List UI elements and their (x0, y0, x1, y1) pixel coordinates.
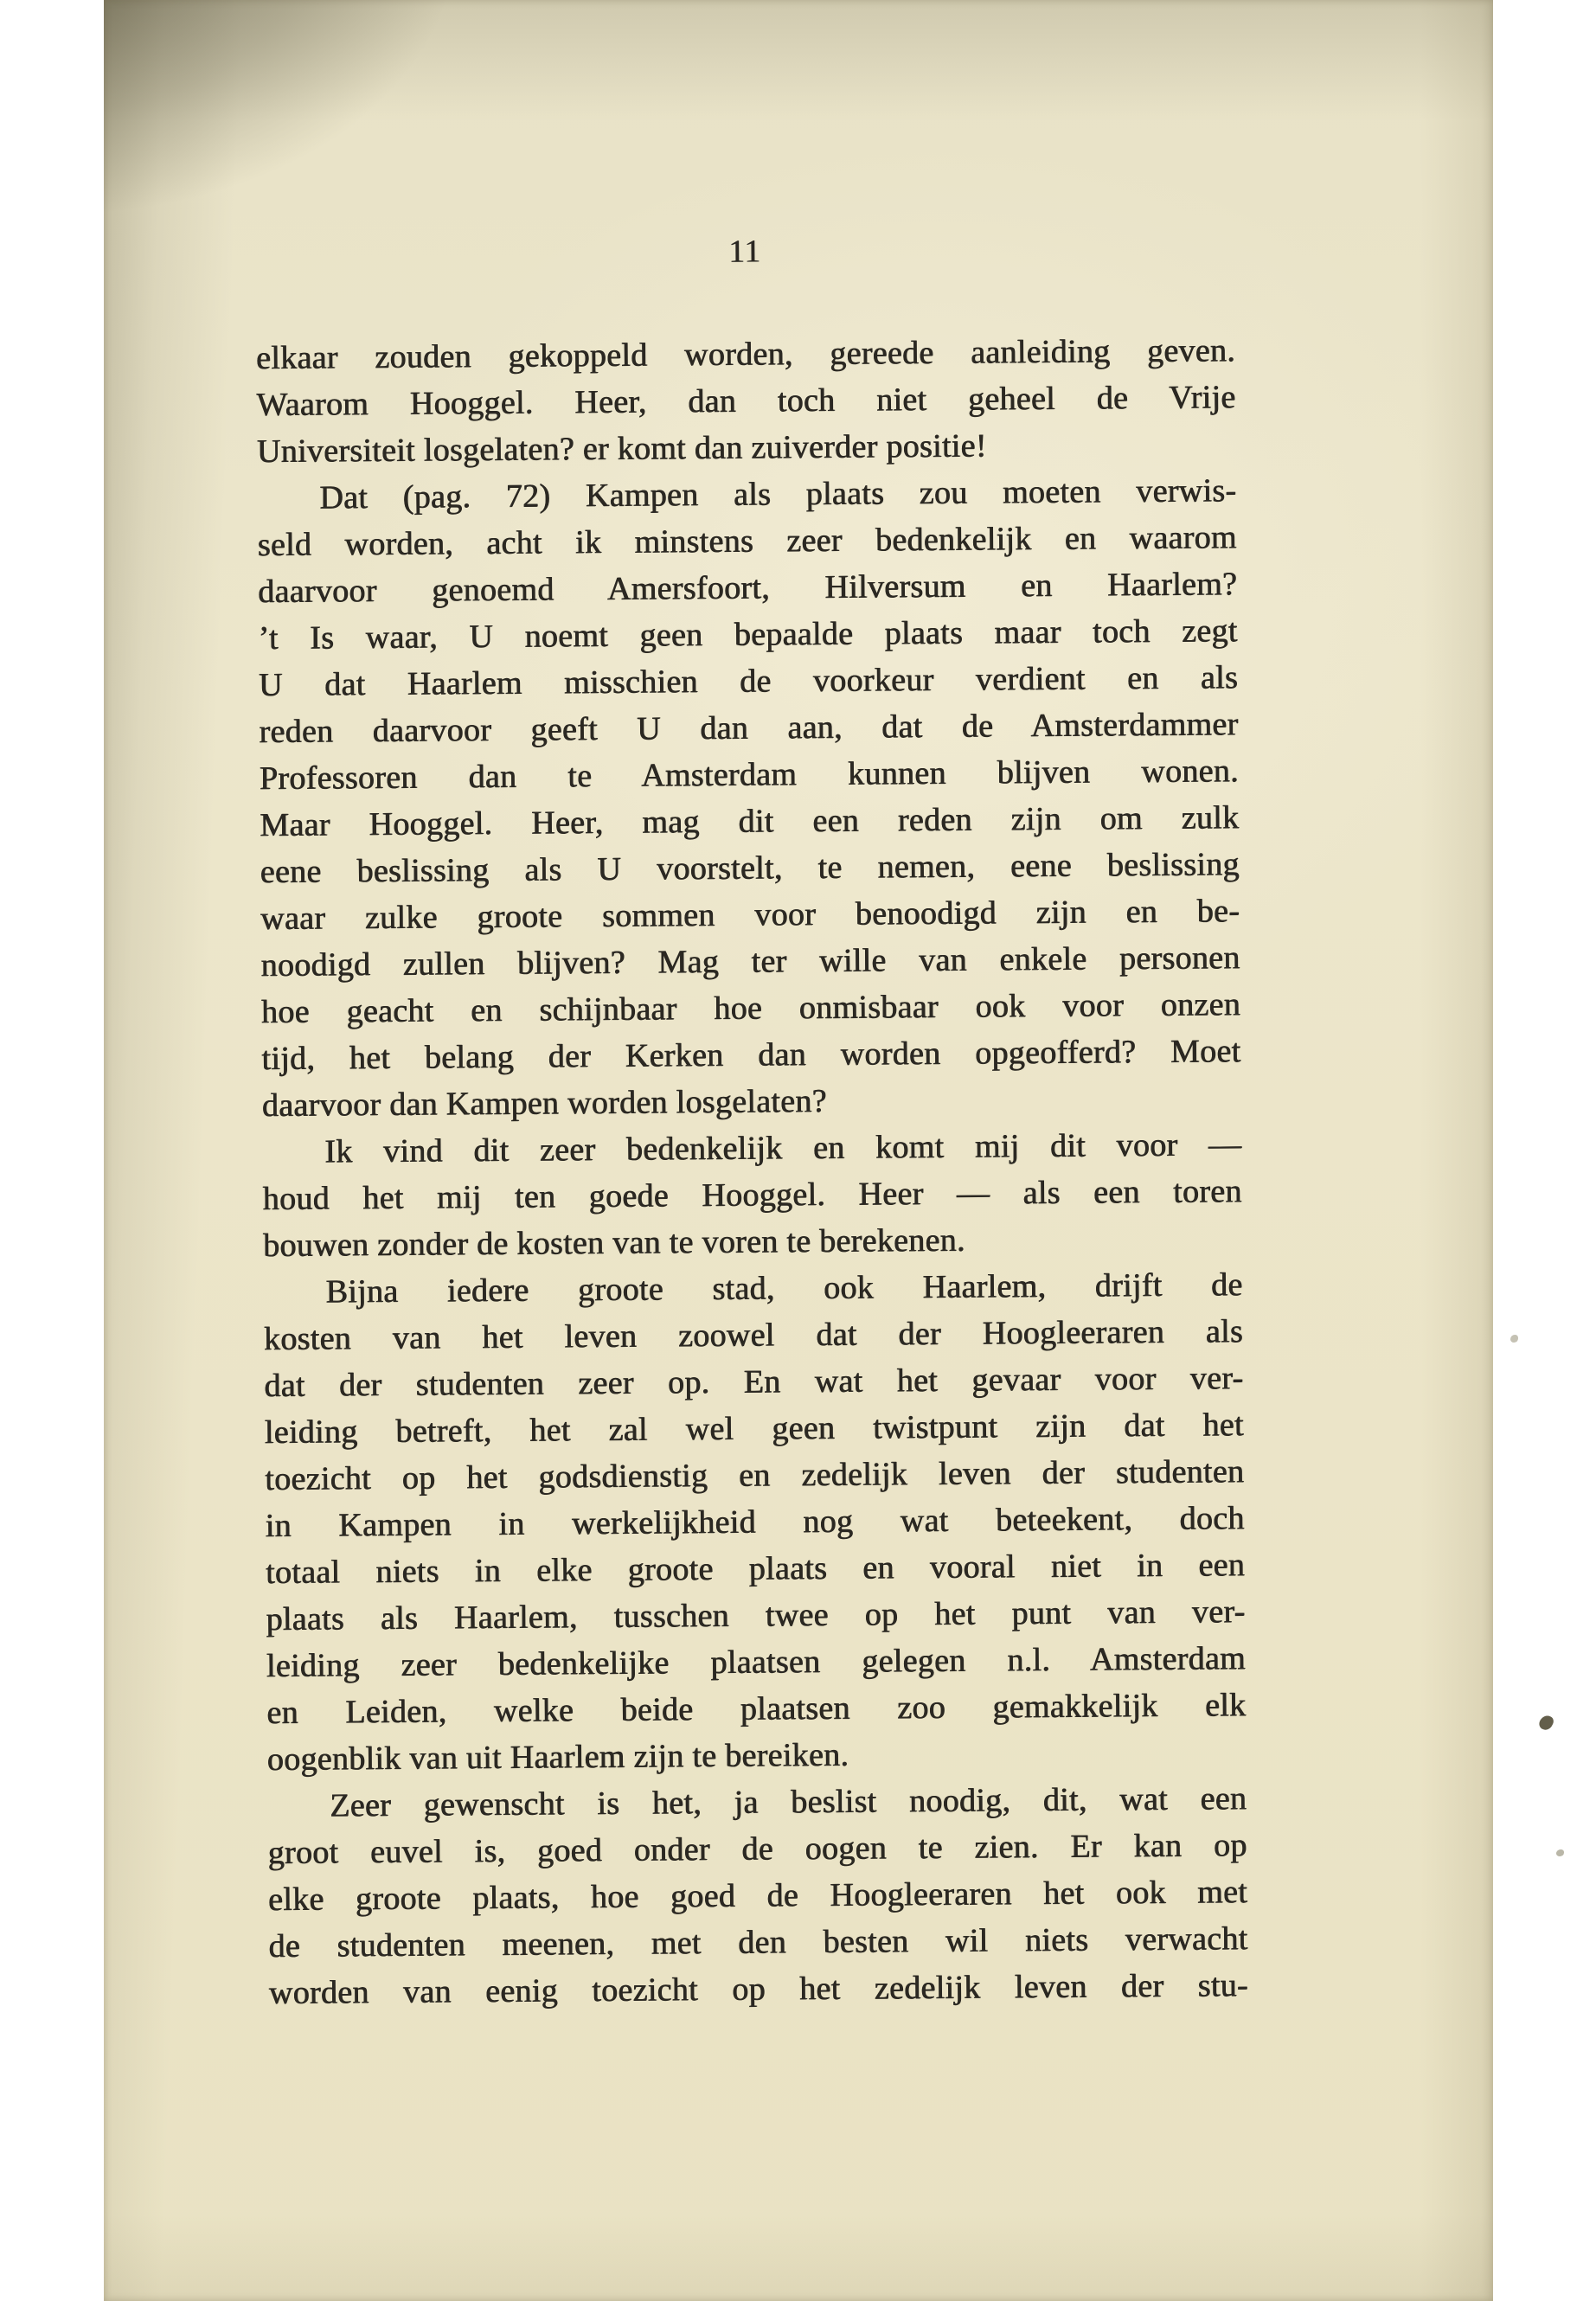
text-line: en Leiden, welke beide plaatsen zoo gema… (266, 1682, 1246, 1736)
text-line: dat der studenten zeer op. En wat het ge… (264, 1355, 1243, 1409)
text-line: noodigd zullen blijven? Mag ter wille va… (260, 934, 1240, 989)
text-line: kosten van het leven zoowel dat der Hoog… (264, 1308, 1243, 1362)
text-line: groot euvel is, goed onder de oogen te z… (267, 1822, 1247, 1876)
text-line: reden daarvoor geeft U dan aan, dat de A… (259, 701, 1238, 755)
text-line: Professoren dan te Amsterdam kunnen blij… (260, 747, 1239, 802)
text-line: Universiteit losgelaten? er komt dan zui… (257, 420, 1236, 475)
text-line: seld worden, acht ik minstens zeer beden… (257, 514, 1236, 568)
text-line: in Kampen in werkelijkheid nog wat betee… (265, 1495, 1244, 1549)
text-line: Ik vind dit zeer bedenkelijk en komt mij… (262, 1121, 1241, 1176)
text-line: U dat Haarlem misschien de voorkeur verd… (259, 654, 1238, 708)
text-line: elke groote plaats, hoe goed de Hoogleer… (268, 1868, 1247, 1923)
paper-speck (1556, 1849, 1564, 1856)
text-line: tijd, het belang der Kerken dan worden o… (261, 1028, 1240, 1082)
text-line: toezicht op het godsdienstig en zedelijk… (265, 1448, 1244, 1503)
text-line: Maar Hooggel. Heer, mag dit een reden zi… (260, 794, 1239, 849)
page-number: 11 (255, 231, 1234, 273)
text-line: leiding betreft, het zal wel geen twistp… (264, 1401, 1243, 1456)
text-line: leiding zeer bedenkelijke plaatsen geleg… (266, 1635, 1246, 1689)
text-line: eene beslissing als U voorstelt, te neme… (260, 841, 1239, 895)
paper-speck (1510, 1335, 1518, 1343)
text-line: daarvoor dan Kampen worden losgelaten? (262, 1074, 1241, 1129)
text-line: Waarom Hooggel. Heer, dan toch niet gehe… (256, 374, 1235, 428)
text-line: worden van eenig toezicht op het zedelij… (269, 1962, 1248, 2016)
text-line: Dat (pag. 72) Kampen als plaats zou moet… (257, 467, 1236, 522)
page-content: 11 elkaar zouden gekoppeld worden, geree… (101, 0, 1509, 2301)
scan-canvas: 11 elkaar zouden gekoppeld worden, geree… (0, 0, 1596, 2301)
text-line: oogenblik van uit Haarlem zijn te bereik… (266, 1728, 1246, 1783)
text-line: plaats als Haarlem, tusschen twee op het… (266, 1588, 1245, 1643)
text-line: totaal niets in elke groote plaats en vo… (266, 1541, 1245, 1596)
text-line: elkaar zouden gekoppeld worden, gereede … (256, 327, 1235, 381)
text-line: bouwen zonder de kosten van te voren te … (263, 1215, 1242, 1269)
text-line: daarvoor genoemd Amersfoort, Hilversum e… (258, 561, 1237, 615)
text-line: Zeer gewenscht is het, ja beslist noodig… (267, 1775, 1247, 1830)
ink-speck (1537, 1714, 1555, 1733)
text-line: Bijna iedere groote stad, ook Haarlem, d… (263, 1261, 1242, 1316)
scanned-page: 11 elkaar zouden gekoppeld worden, geree… (104, 0, 1493, 2301)
text-line: ’t Is waar, U noemt geen bepaalde plaats… (258, 607, 1237, 662)
text-line: houd het mij ten goede Hooggel. Heer — a… (262, 1168, 1241, 1222)
text-line: waar zulke groote sommen voor benoodigd … (260, 888, 1240, 942)
text-line: hoe geacht en schijnbaar hoe onmisbaar o… (261, 981, 1240, 1035)
text-line: de studenten meenen, met den besten wil … (268, 1915, 1247, 1970)
body-text: elkaar zouden gekoppeld worden, gereede … (256, 327, 1248, 2016)
